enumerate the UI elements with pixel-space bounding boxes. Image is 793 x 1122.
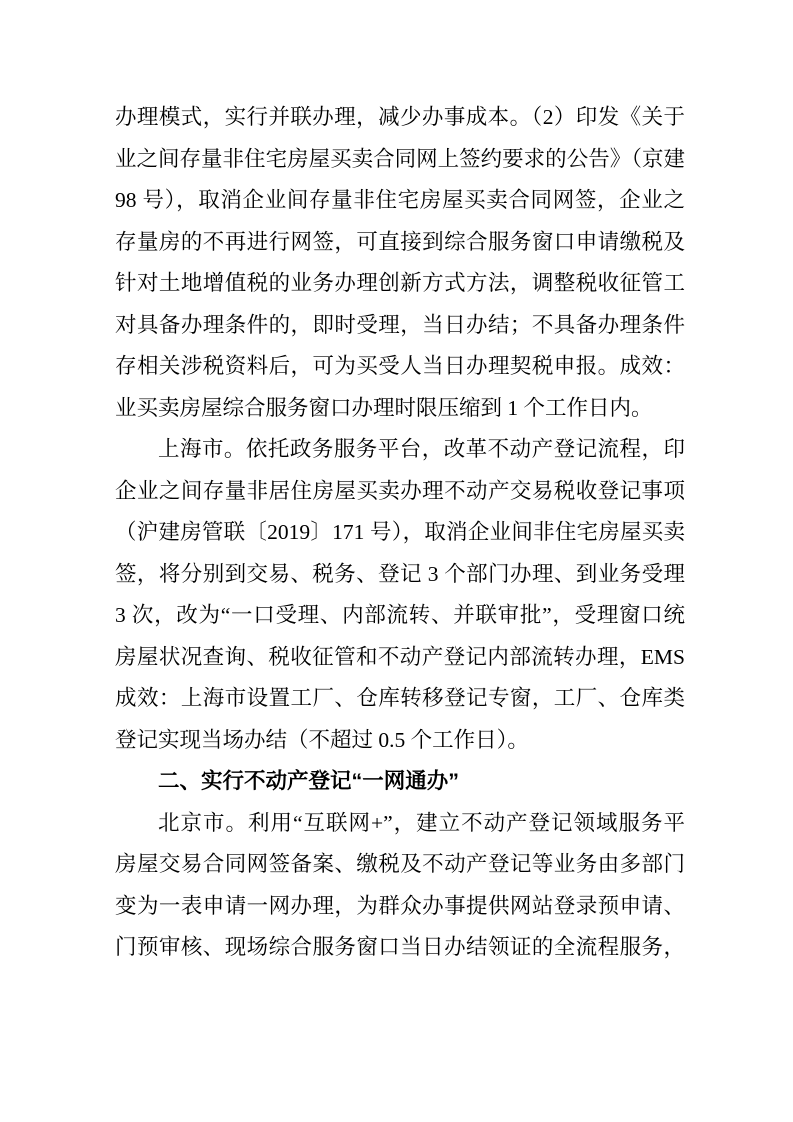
text-line: 3 次，改为“一口受理、内部流转、并联审批”，受理窗口统一收件， bbox=[115, 595, 685, 637]
text-line: 上海市。依托政务服务平台，改革不动产登记流程，印发《关于 bbox=[115, 429, 685, 471]
text-line: 针对土地增值税的业务办理创新方式方法，调整税收征管工作模式。 bbox=[115, 263, 685, 305]
text-line: 98 号），取消企业间存量非住宅房屋买卖合同网签，企业之间买卖 bbox=[115, 180, 685, 222]
text-line: （沪建房管联〔2019〕171 号），取消企业间非住宅房屋买卖合同网 bbox=[115, 512, 685, 554]
text-line: 房屋状况查询、税收征管和不动产登记内部流转办理，EMS 快递送达。 bbox=[115, 637, 685, 679]
text-line: 变为一表申请一网办理，为群众办事提供网站登录预申请、后台各部 bbox=[115, 886, 685, 928]
text-line: 登记实现当场办结（不超过 0.5 个工作日）。 bbox=[115, 720, 685, 762]
body-paragraph: 办理模式，实行并联办理，减少办事成本。（2）印发《关于取消企业之间存量非住宅房屋… bbox=[115, 97, 685, 429]
document-body: 办理模式，实行并联办理，减少办事成本。（2）印发《关于取消企业之间存量非住宅房屋… bbox=[115, 97, 685, 969]
body-paragraph: 北京市。利用“互联网+”，建立不动产登记领域服务平台，将房屋交易合同网签备案、缴… bbox=[115, 803, 685, 969]
section-heading: 二、实行不动产登记“一网通办” bbox=[115, 761, 685, 803]
text-line: 存相关涉税资料后，可为买受人当日办理契税申报。成效：北京市企 bbox=[115, 346, 685, 388]
text-line: 对具备办理条件的，即时受理，当日办结；不具备办理条件的，在留 bbox=[115, 305, 685, 347]
text-line: 成效：上海市设置工厂、仓库转移登记专窗，工厂、仓库类房屋转移 bbox=[115, 678, 685, 720]
text-line: 业之间存量非住宅房屋买卖合同网上签约要求的公告》（京建发〔2019〕 bbox=[115, 139, 685, 181]
text-line: 房屋交易合同网签备案、缴税及不动产登记等业务由多部门网站办理 bbox=[115, 844, 685, 886]
document-page: 办理模式，实行并联办理，减少办事成本。（2）印发《关于取消企业之间存量非住宅房屋… bbox=[0, 0, 793, 1122]
text-line: 北京市。利用“互联网+”，建立不动产登记领域服务平台，将 bbox=[115, 803, 685, 845]
text-line: 门预审核、现场综合服务窗口当日办结领证的全流程服务，即“一网、 bbox=[115, 927, 685, 969]
text-line: 办理模式，实行并联办理，减少办事成本。（2）印发《关于取消企 bbox=[115, 97, 685, 139]
text-line: 企业之间存量非居住房屋买卖办理不动产交易税收登记事项的公告》 bbox=[115, 471, 685, 513]
text-line: 存量房的不再进行网签，可直接到综合服务窗口申请缴税及登记。（3） bbox=[115, 222, 685, 264]
heading-text-line: 二、实行不动产登记“一网通办” bbox=[115, 761, 685, 803]
text-line: 业买卖房屋综合服务窗口办理时限压缩到 1 个工作日内。 bbox=[115, 388, 685, 430]
body-paragraph: 上海市。依托政务服务平台，改革不动产登记流程，印发《关于企业之间存量非居住房屋买… bbox=[115, 429, 685, 761]
text-line: 签，将分别到交易、税务、登记 3 个部门办理、到业务受理大厅办理 bbox=[115, 554, 685, 596]
